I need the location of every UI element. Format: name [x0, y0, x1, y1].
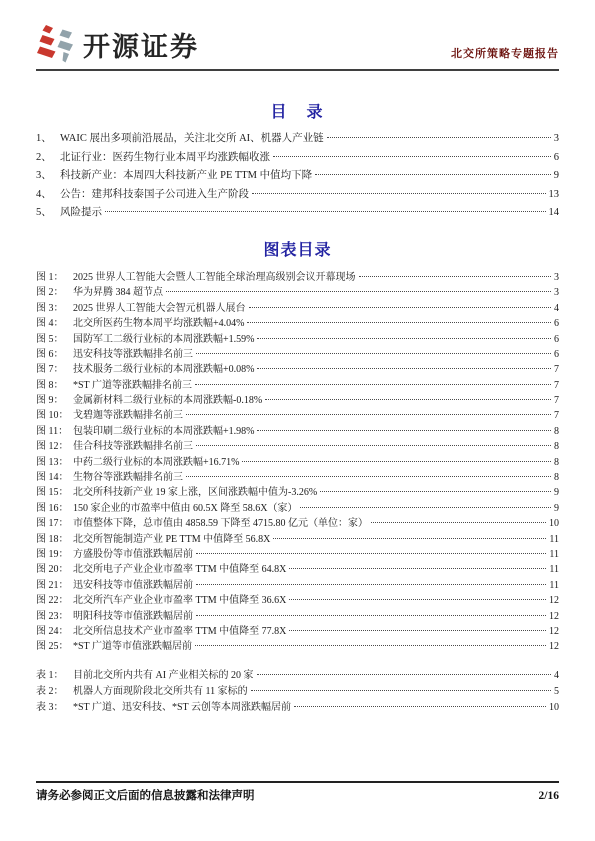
- toc-entry[interactable]: 2、 北证行业：医药生物行业本周平均涨跌幅收涨 6: [36, 149, 559, 168]
- dotted-leader: [289, 568, 546, 569]
- entry-page: 6: [551, 318, 559, 329]
- entry-number: 图 22：: [36, 591, 73, 606]
- dotted-leader: [186, 414, 551, 415]
- toc-entry[interactable]: 1、 WAIC 展出多项前沿展品，关注北交所 AI、机器人产业链 3: [36, 130, 559, 149]
- dotted-leader: [359, 276, 552, 277]
- entry-label: 北交所电子产业企业市盈率 TTM 中值降至 64.8X: [73, 560, 289, 575]
- entry-number: 图 18：: [36, 530, 73, 545]
- entry-label: 方盛股份等市值涨跌幅居前: [73, 545, 196, 560]
- entry-label: 2025 世界人工智能大会暨人工智能全球治理高级别会议开幕现场: [73, 268, 359, 283]
- entry-label: 明阳科技等市值涨跌幅居前: [73, 607, 196, 622]
- entry-number: 3、: [36, 167, 60, 182]
- entry-label: 包装印刷二级行业标的本周涨跌幅+1.98%: [73, 422, 257, 437]
- dotted-leader: [265, 399, 551, 400]
- table-list: 表 1： 目前北交所内共有 AI 产业相关标的 20 家 4 表 2： 机器人方…: [36, 666, 559, 714]
- entry-label: 北交所信息技术产业市盈率 TTM 中值降至 77.8X: [73, 622, 289, 637]
- entry-number: 图 25：: [36, 637, 73, 652]
- figure-entry[interactable]: 图 24： 北交所信息技术产业市盈率 TTM 中值降至 77.8X 12: [36, 622, 559, 637]
- figure-entry[interactable]: 图 13： 中药二级行业标的本周涨跌幅+16.71% 8: [36, 453, 559, 468]
- entry-label: 市值整体下降，总市值由 4858.59 下降至 4715.80 亿元（单位：家）: [73, 514, 371, 529]
- entry-page: 10: [546, 702, 559, 713]
- entry-page: 11: [546, 564, 559, 575]
- entry-page: 12: [546, 595, 559, 606]
- brand-name: 开源证券: [83, 25, 199, 64]
- dotted-leader: [257, 430, 551, 431]
- entry-page: 6: [551, 349, 559, 360]
- entry-page: 11: [546, 580, 559, 591]
- entry-label: 戈碧迦等涨跌幅排名前三: [73, 406, 186, 421]
- entry-page: 12: [546, 641, 559, 652]
- toc-list: 1、 WAIC 展出多项前沿展品，关注北交所 AI、机器人产业链 3 2、 北证…: [36, 130, 559, 223]
- page-footer: 请务必参阅正文后面的信息披露和法律声明 2/16: [36, 781, 559, 803]
- entry-number: 图 15：: [36, 483, 73, 498]
- figure-entry[interactable]: 图 10： 戈碧迦等涨跌幅排名前三 7: [36, 406, 559, 421]
- page-header: 开源证券 北交所策略专题报告: [0, 0, 595, 71]
- dotted-leader: [294, 706, 546, 707]
- figures-title: 图表目录: [0, 237, 595, 260]
- entry-page: 7: [551, 395, 559, 406]
- entry-number: 图 6：: [36, 345, 73, 360]
- entry-label: 金属新材料二级行业标的本周涨跌幅-0.18%: [73, 391, 265, 406]
- toc-title: 目 录: [0, 99, 595, 122]
- entry-label: 华为昇腾 384 超节点: [73, 283, 166, 298]
- dotted-leader: [315, 174, 551, 175]
- dotted-leader: [166, 291, 551, 292]
- dotted-leader: [249, 307, 552, 308]
- entry-number: 图 14：: [36, 468, 73, 483]
- entry-label: WAIC 展出多项前沿展品，关注北交所 AI、机器人产业链: [60, 130, 327, 145]
- entry-number: 图 10：: [36, 406, 73, 421]
- entry-number: 图 3：: [36, 299, 73, 314]
- entry-page: 11: [546, 534, 559, 545]
- dotted-leader: [196, 445, 551, 446]
- entry-page: 8: [551, 441, 559, 452]
- dotted-leader: [196, 353, 551, 354]
- table-entry[interactable]: 表 1： 目前北交所内共有 AI 产业相关标的 20 家 4: [36, 666, 559, 682]
- entry-page: 9: [551, 170, 559, 181]
- entry-number: 图 16：: [36, 499, 73, 514]
- toc-entry[interactable]: 3、 科技新产业：本周四大科技新产业 PE TTM 中值均下降 9: [36, 167, 559, 186]
- figure-entry[interactable]: 图 19： 方盛股份等市值涨跌幅居前 11: [36, 545, 559, 560]
- dotted-leader: [300, 507, 551, 508]
- entry-page: 7: [551, 364, 559, 375]
- figure-entry[interactable]: 图 2： 华为昇腾 384 超节点 3: [36, 283, 559, 298]
- figure-entry[interactable]: 图 3： 2025 世界人工智能大会智元机器人展台 4: [36, 299, 559, 314]
- entry-number: 图 19：: [36, 545, 73, 560]
- dotted-leader: [327, 137, 551, 138]
- dotted-leader: [257, 368, 551, 369]
- dotted-leader: [289, 630, 546, 631]
- entry-number: 1、: [36, 130, 60, 145]
- entry-label: *ST 广道、迅安科技、*ST 云创等本周涨跌幅居前: [73, 698, 294, 713]
- figure-entry[interactable]: 图 7： 技术服务二级行业标的本周涨跌幅+0.08% 7: [36, 360, 559, 375]
- figure-entry[interactable]: 图 20： 北交所电子产业企业市盈率 TTM 中值降至 64.8X 11: [36, 560, 559, 575]
- dotted-leader: [273, 538, 546, 539]
- entry-label: 生物谷等涨跌幅排名前三: [73, 468, 186, 483]
- dotted-leader: [196, 615, 546, 616]
- entry-label: 中药二级行业标的本周涨跌幅+16.71%: [73, 453, 242, 468]
- entry-label: 迅安科技等涨跌幅排名前三: [73, 345, 196, 360]
- entry-page: 8: [551, 472, 559, 483]
- entry-number: 图 7：: [36, 360, 73, 375]
- report-page: 开源证券 北交所策略专题报告 目 录 1、 WAIC 展出多项前沿展品，关注北交…: [0, 0, 595, 841]
- page-number-indicator: 2/16: [539, 790, 559, 802]
- dotted-leader: [252, 193, 546, 194]
- entry-page: 9: [551, 503, 559, 514]
- entry-number: 图 13：: [36, 453, 73, 468]
- dotted-leader: [196, 584, 546, 585]
- entry-number: 图 12：: [36, 437, 73, 452]
- toc-entry[interactable]: 5、 风险提示 14: [36, 204, 559, 223]
- entry-label: 公告：建邦科技泰国子公司进入生产阶段: [60, 186, 252, 201]
- figure-entry[interactable]: 图 18： 北交所智能制造产业 PE TTM 中值降至 56.8X 11: [36, 530, 559, 545]
- entry-label: 风险提示: [60, 204, 105, 219]
- entry-page: 4: [551, 303, 559, 314]
- figure-entry[interactable]: 图 11： 包装印刷二级行业标的本周涨跌幅+1.98% 8: [36, 422, 559, 437]
- entry-label: 北交所智能制造产业 PE TTM 中值降至 56.8X: [73, 530, 273, 545]
- entry-page: 12: [546, 611, 559, 622]
- dotted-leader: [105, 211, 546, 212]
- dotted-leader: [195, 645, 546, 646]
- dotted-leader: [195, 384, 551, 385]
- entry-page: 7: [551, 410, 559, 421]
- entry-number: 表 1：: [36, 666, 73, 681]
- figure-entry[interactable]: 图 12： 佳合科技等涨跌幅排名前三 8: [36, 437, 559, 452]
- entry-label: 目前北交所内共有 AI 产业相关标的 20 家: [73, 666, 257, 681]
- entry-number: 图 4：: [36, 314, 73, 329]
- entry-label: 北交所汽车产业企业市盈率 TTM 中值降至 36.6X: [73, 591, 289, 606]
- entry-page: 5: [551, 686, 559, 697]
- entry-page: 14: [546, 207, 560, 218]
- entry-label: 北交所医药生物本周平均涨跌幅+4.04%: [73, 314, 247, 329]
- entry-number: 2、: [36, 149, 60, 164]
- toc-entry[interactable]: 4、 公告：建邦科技泰国子公司进入生产阶段 13: [36, 186, 559, 205]
- entry-label: 科技新产业：本周四大科技新产业 PE TTM 中值均下降: [60, 167, 315, 182]
- brand-logo: 开源证券: [36, 24, 199, 64]
- entry-number: 图 11：: [36, 422, 73, 437]
- entry-number: 图 20：: [36, 560, 73, 575]
- dotted-leader: [251, 690, 551, 691]
- entry-label: 2025 世界人工智能大会智元机器人展台: [73, 299, 249, 314]
- dotted-leader: [320, 491, 551, 492]
- figure-entry[interactable]: 图 21： 迅安科技等市值涨跌幅居前 11: [36, 576, 559, 591]
- entry-number: 表 2：: [36, 682, 73, 697]
- dotted-leader: [289, 599, 546, 600]
- entry-page: 11: [546, 549, 559, 560]
- entry-page: 3: [551, 133, 559, 144]
- dotted-leader: [196, 553, 546, 554]
- entry-number: 图 5：: [36, 330, 73, 345]
- figure-entry[interactable]: 图 25： *ST 广道等市值涨跌幅居前 12: [36, 637, 559, 652]
- entry-label: 佳合科技等涨跌幅排名前三: [73, 437, 196, 452]
- figure-entry[interactable]: 图 14： 生物谷等涨跌幅排名前三 8: [36, 468, 559, 483]
- entry-number: 4、: [36, 186, 60, 201]
- entry-page: 10: [546, 518, 559, 529]
- dotted-leader: [257, 674, 551, 675]
- entry-page: 6: [551, 152, 559, 163]
- dotted-leader: [273, 156, 551, 157]
- entry-number: 表 3：: [36, 698, 73, 713]
- kaiyuan-logo-icon: [36, 24, 76, 64]
- entry-page: 9: [551, 487, 559, 498]
- entry-number: 图 1：: [36, 268, 73, 283]
- entry-number: 图 24：: [36, 622, 73, 637]
- entry-page: 7: [551, 380, 559, 391]
- dotted-leader: [242, 461, 551, 462]
- entry-label: 北交所科技新产业 19 家上涨，区间涨跌幅中值为-3.26%: [73, 483, 320, 498]
- figure-entry[interactable]: 图 16： 150 家企业的市盈率中值由 60.5X 降至 58.6X（家） 9: [36, 499, 559, 514]
- entry-page: 8: [551, 457, 559, 468]
- figure-entry[interactable]: 图 23： 明阳科技等市值涨跌幅居前 12: [36, 607, 559, 622]
- entry-label: *ST 广道等市值涨跌幅居前: [73, 637, 195, 652]
- entry-number: 5、: [36, 204, 60, 219]
- figure-entry[interactable]: 图 17： 市值整体下降，总市值由 4858.59 下降至 4715.80 亿元…: [36, 514, 559, 529]
- entry-page: 3: [551, 287, 559, 298]
- figure-entry[interactable]: 图 9： 金属新材料二级行业标的本周涨跌幅-0.18% 7: [36, 391, 559, 406]
- entry-number: 图 9：: [36, 391, 73, 406]
- entry-label: 国防军工二级行业标的本周涨跌幅+1.59%: [73, 330, 257, 345]
- header-divider: [36, 69, 559, 71]
- entry-number: 图 23：: [36, 607, 73, 622]
- entry-page: 6: [551, 334, 559, 345]
- entry-label: 150 家企业的市盈率中值由 60.5X 降至 58.6X（家）: [73, 499, 300, 514]
- table-entry[interactable]: 表 3： *ST 广道、迅安科技、*ST 云创等本周涨跌幅居前 10: [36, 698, 559, 714]
- entry-number: 图 17：: [36, 514, 73, 529]
- entry-label: 机器人方面现阶段北交所共有 11 家标的: [73, 682, 251, 697]
- entry-label: 技术服务二级行业标的本周涨跌幅+0.08%: [73, 360, 257, 375]
- dotted-leader: [257, 338, 551, 339]
- entry-page: 12: [546, 626, 559, 637]
- entry-number: 图 8：: [36, 376, 73, 391]
- entry-number: 图 2：: [36, 283, 73, 298]
- figure-entry[interactable]: 图 5： 国防军工二级行业标的本周涨跌幅+1.59% 6: [36, 330, 559, 345]
- entry-page: 4: [551, 670, 559, 681]
- dotted-leader: [186, 476, 551, 477]
- dotted-leader: [247, 322, 551, 323]
- figure-entry[interactable]: 图 15： 北交所科技新产业 19 家上涨，区间涨跌幅中值为-3.26% 9: [36, 483, 559, 498]
- entry-page: 3: [551, 272, 559, 283]
- entry-label: 迅安科技等市值涨跌幅居前: [73, 576, 196, 591]
- figure-list: 图 1： 2025 世界人工智能大会暨人工智能全球治理高级别会议开幕现场 3 图…: [36, 268, 559, 653]
- figure-entry[interactable]: 图 4： 北交所医药生物本周平均涨跌幅+4.04% 6: [36, 314, 559, 329]
- entry-page: 8: [551, 426, 559, 437]
- table-entry[interactable]: 表 2： 机器人方面现阶段北交所共有 11 家标的 5: [36, 682, 559, 698]
- entry-label: 北证行业：医药生物行业本周平均涨跌幅收涨: [60, 149, 273, 164]
- entry-number: 图 21：: [36, 576, 73, 591]
- figure-entry[interactable]: 图 8： *ST 广道等涨跌幅排名前三 7: [36, 376, 559, 391]
- entry-label: *ST 广道等涨跌幅排名前三: [73, 376, 195, 391]
- report-type-tag: 北交所策略专题报告: [451, 45, 559, 64]
- figure-entry[interactable]: 图 22： 北交所汽车产业企业市盈率 TTM 中值降至 36.6X 12: [36, 591, 559, 606]
- figure-entry[interactable]: 图 6： 迅安科技等涨跌幅排名前三 6: [36, 345, 559, 360]
- footer-disclaimer: 请务必参阅正文后面的信息披露和法律声明: [36, 787, 255, 803]
- figure-entry[interactable]: 图 1： 2025 世界人工智能大会暨人工智能全球治理高级别会议开幕现场 3: [36, 268, 559, 283]
- entry-page: 13: [546, 189, 560, 200]
- dotted-leader: [371, 522, 546, 523]
